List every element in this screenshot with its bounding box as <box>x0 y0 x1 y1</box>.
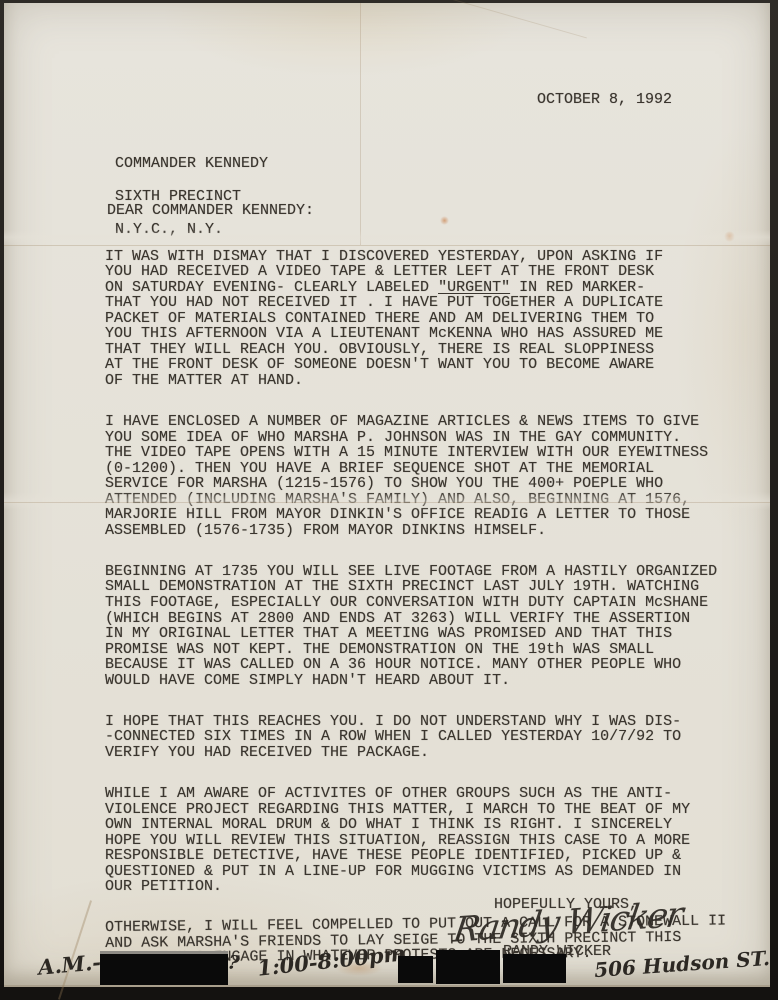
redaction-box <box>100 951 228 985</box>
letter-paragraph: I HAVE ENCLOSED A NUMBER OF MAGAZINE ART… <box>105 414 737 538</box>
letter-paragraph: WHILE I AM AWARE OF ACTIVITES OF OTHER G… <box>105 786 737 895</box>
redaction-box <box>436 950 500 984</box>
letter-paragraph: IT WAS WITH DISMAY THAT I DISCOVERED YES… <box>105 249 737 389</box>
letter-body: IT WAS WITH DISMAY THAT I DISCOVERED YES… <box>105 233 737 993</box>
letter-paragraph: I HOPE THAT THIS REACHES YOU. I DO NOT U… <box>105 714 737 761</box>
letter-paragraph: BEGINNING AT 1735 YOU WILL SEE LIVE FOOT… <box>105 564 737 688</box>
scanned-letter: OCTOBER 8, 1992 COMMANDER KENNEDY SIXTH … <box>0 0 778 1000</box>
salutation: DEAR COMMANDER KENNEDY: <box>107 203 314 219</box>
redaction-box <box>398 956 433 983</box>
recipient-line: COMMANDER KENNEDY <box>115 156 268 172</box>
letter-date: OCTOBER 8, 1992 <box>537 92 672 108</box>
redaction-box <box>503 954 566 983</box>
